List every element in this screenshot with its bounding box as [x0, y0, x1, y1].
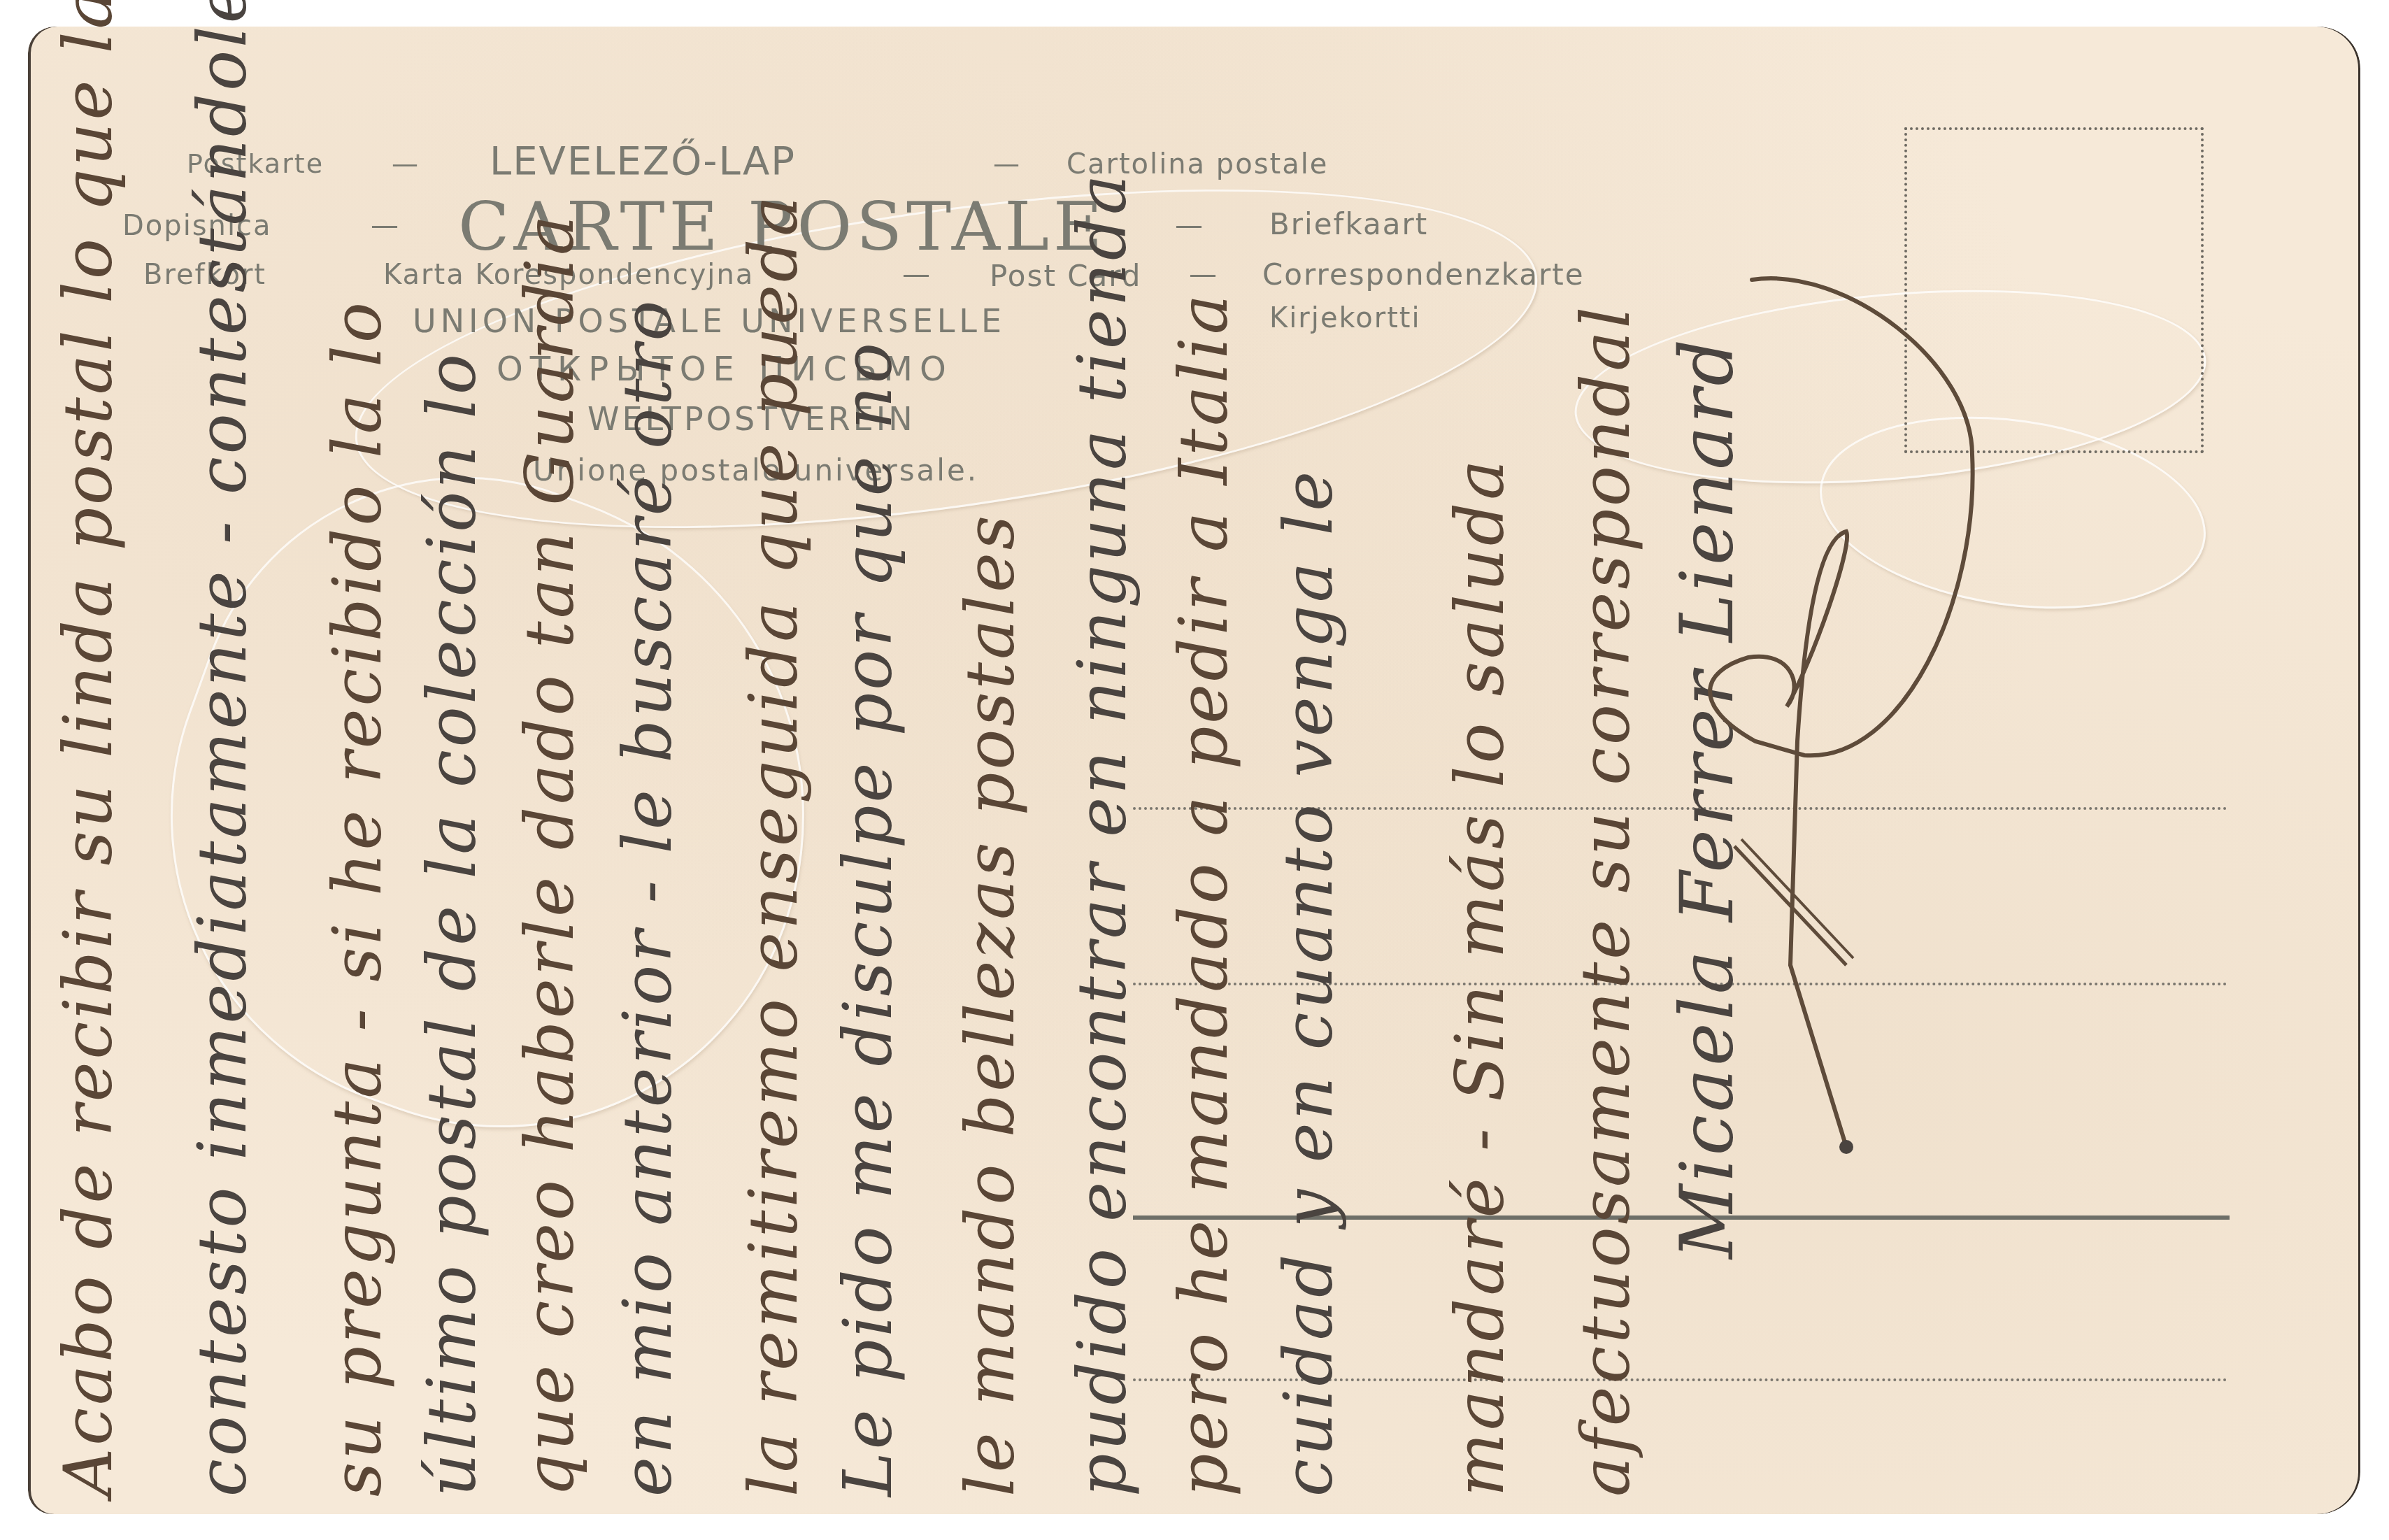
- signature-flourish-icon: [0, 0, 2389, 1540]
